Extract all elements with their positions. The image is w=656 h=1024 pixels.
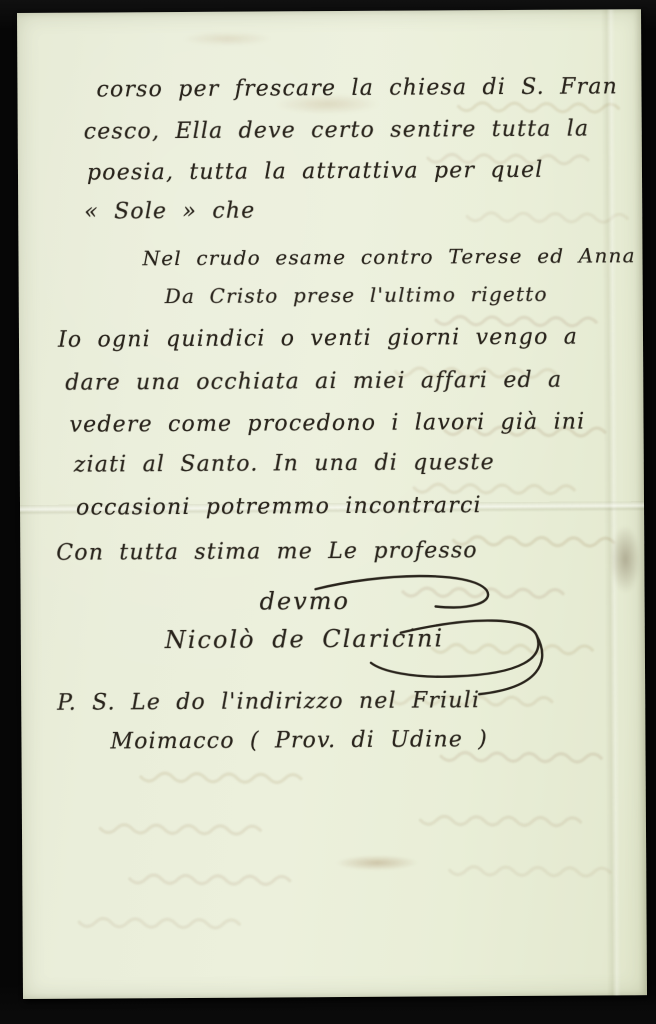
ink-smudge — [167, 29, 287, 48]
letter-line: occasioni potremmo incontrarci — [76, 495, 482, 519]
ink-smudge — [322, 852, 432, 873]
signature-name: Nicolò de Claricini — [165, 626, 444, 652]
letter-line: dare una occhiata ai miei affari ed a — [65, 370, 562, 395]
postscript-line: P. S. Le do l'indirizzo nel Friuli — [57, 690, 480, 715]
scanner-backdrop: corso per frescare la chiesa di S. Fran … — [0, 0, 656, 1024]
letter-line: cesco, Ella deve certo sentire tutta la — [84, 119, 590, 144]
quote-line: Nel crudo esame contro Terese ed Anna — [142, 245, 635, 268]
postscript-line: Moimacco ( Prov. di Udine ) — [110, 729, 488, 753]
letter-page: corso per frescare la chiesa di S. Fran … — [17, 9, 647, 999]
letter-line: vedere come procedono i lavori già ini — [69, 412, 585, 437]
letter-line: « Sole » che — [84, 201, 255, 224]
letter-line: corso per frescare la chiesa di S. Fran — [96, 76, 618, 101]
letter-line: poesia, tutta la attrattiva per quel — [87, 160, 544, 185]
signature-valediction: devmo — [260, 589, 350, 614]
closing-line: Con tutta stima me Le professo — [56, 540, 478, 565]
letter-line: ziati al Santo. In una di queste — [74, 452, 495, 477]
letter-line: Io ogni quindici o venti giorni vengo a — [58, 327, 578, 352]
quote-line: Da Cristo prese l'ultimo rigetto — [165, 284, 548, 306]
